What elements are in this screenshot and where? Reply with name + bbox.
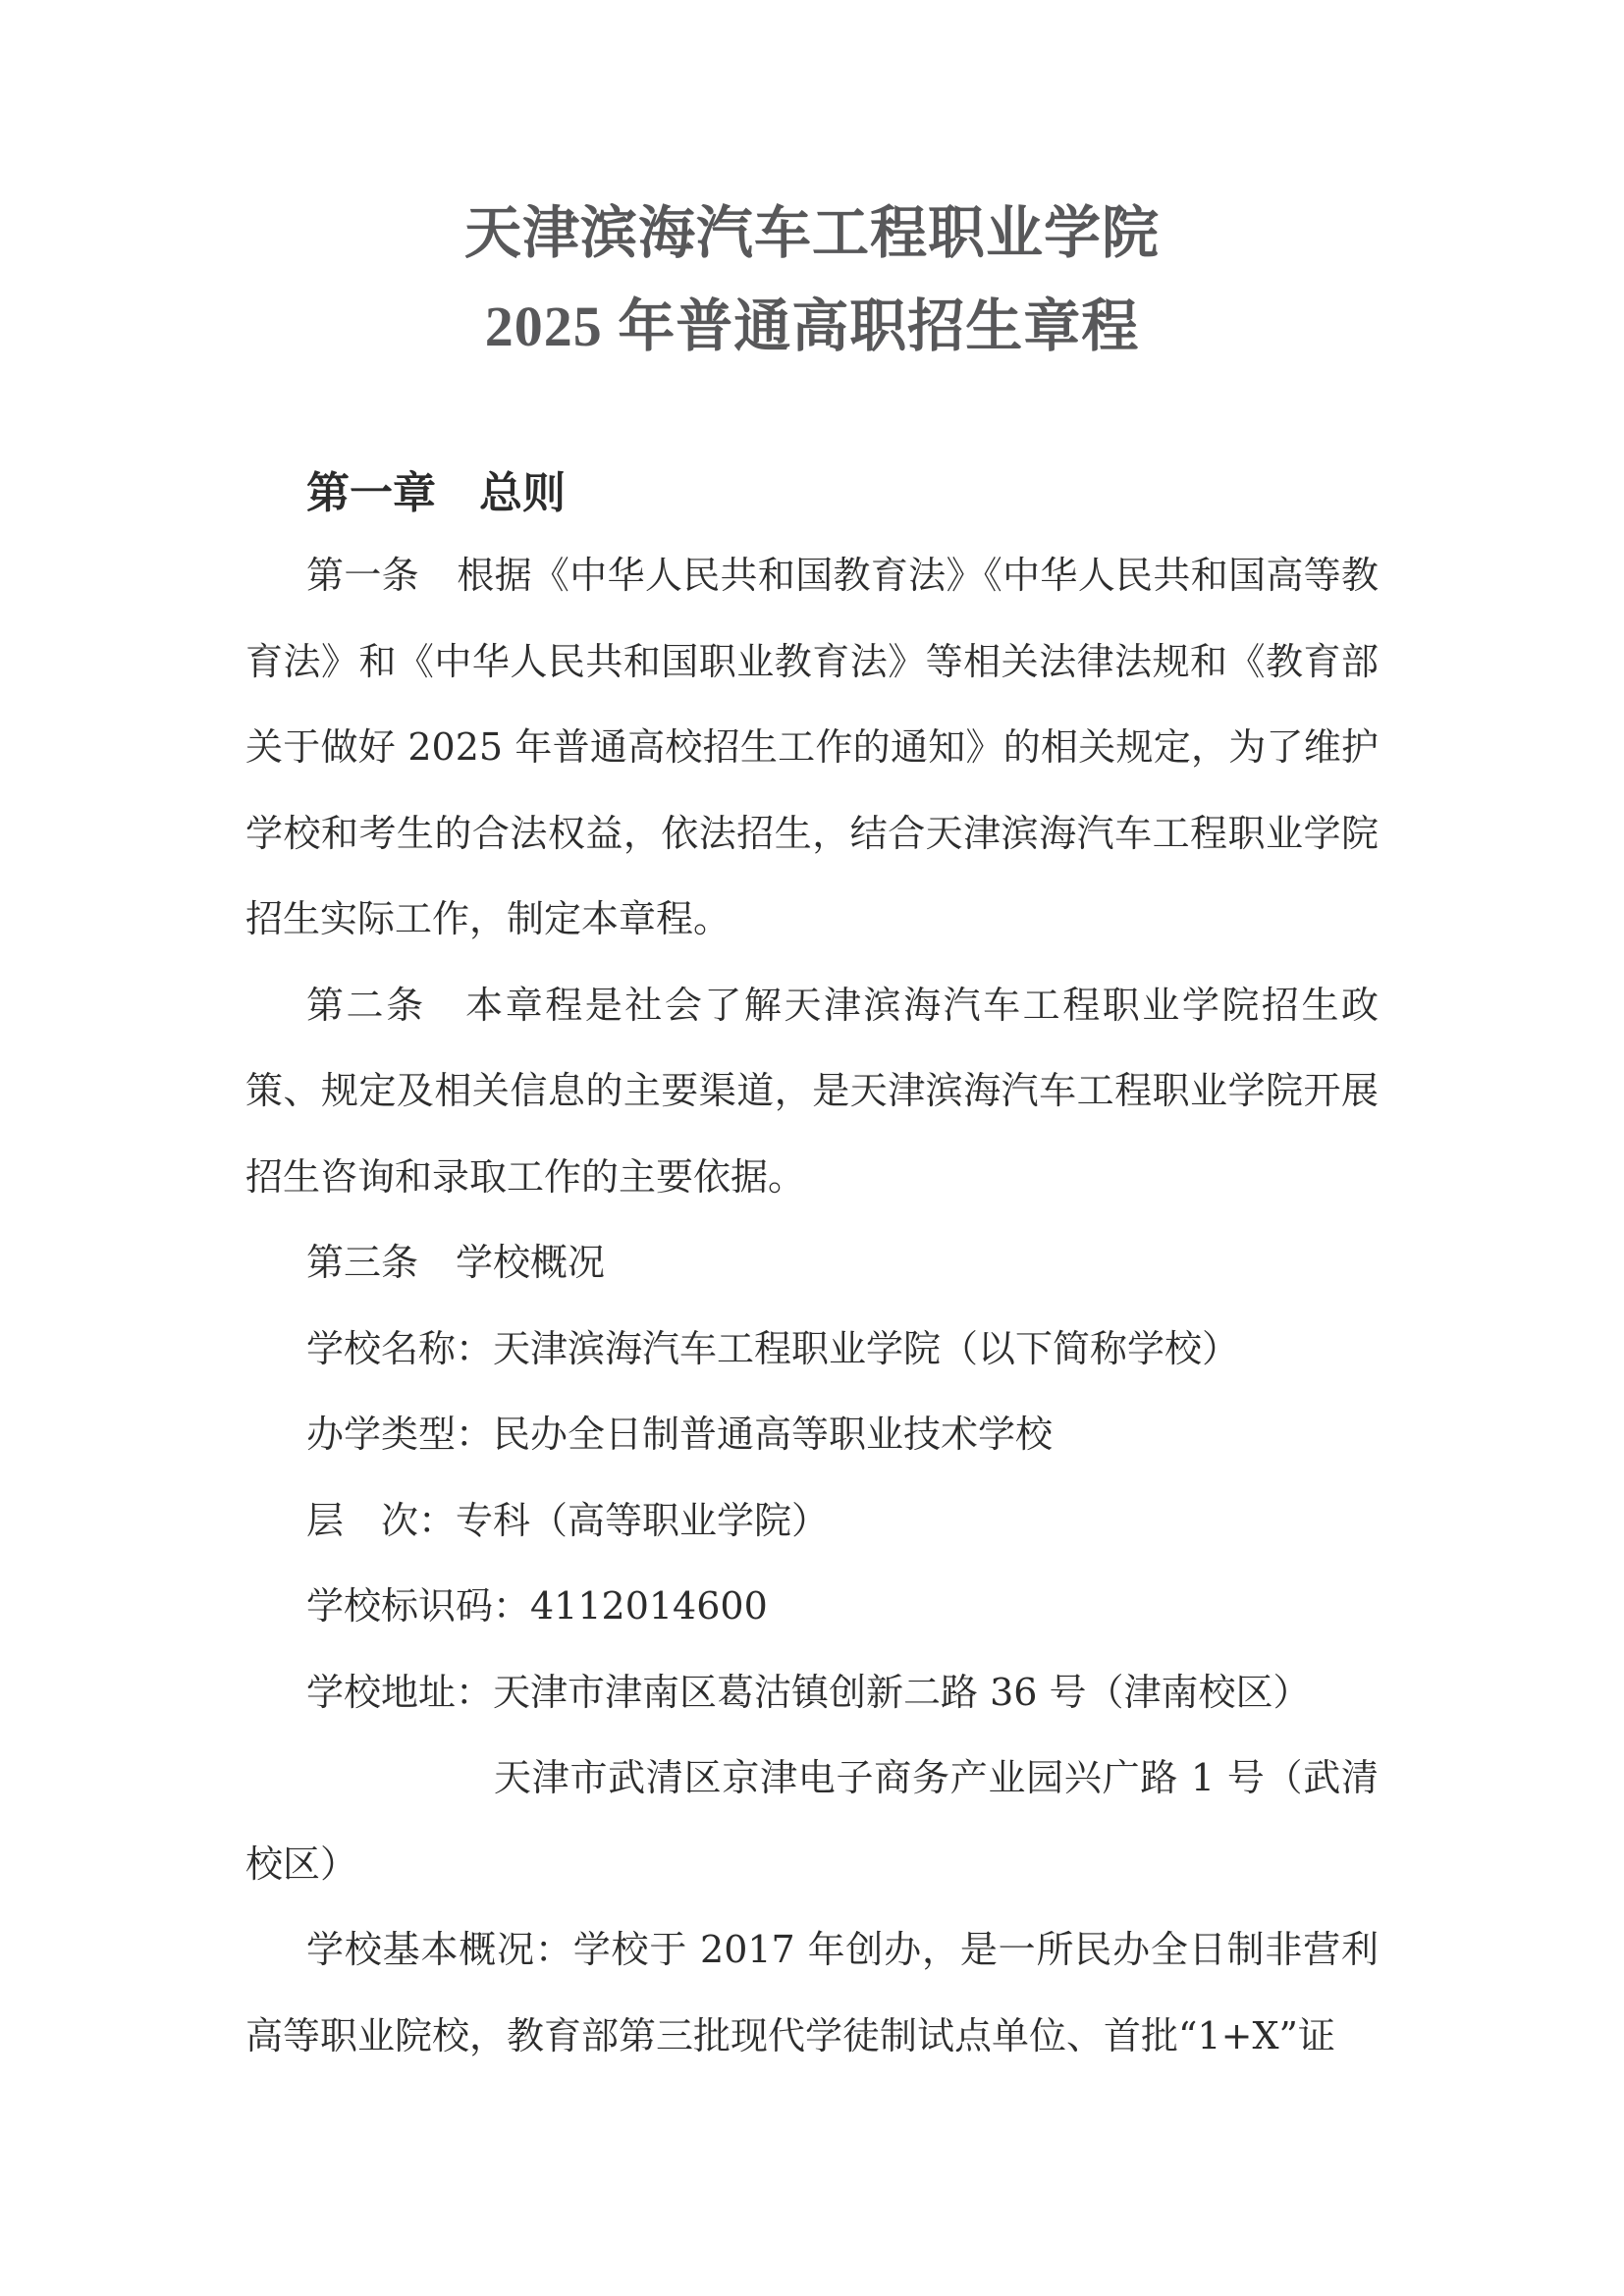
paragraph-school-level: 层 次：专科（高等职业学院） [245, 1478, 1379, 1565]
paragraph-school-code: 学校标识码：4112014600 [245, 1564, 1379, 1650]
chapter-1-heading: 第一章 总则 [245, 464, 1379, 523]
paragraph-school-name: 学校名称：天津滨海汽车工程职业学院（以下简称学校） [245, 1307, 1379, 1393]
paragraph-school-address-wuqing: 天津市武清区京津电子商务产业园兴广路 1 号（武清校区） [245, 1735, 1379, 1907]
paragraph-school-type: 办学类型：民办全日制普通高等职业技术学校 [245, 1392, 1379, 1478]
document-page: 天津滨海汽车工程职业学院 2025 年普通高职招生章程 第一章 总则 第一条 根… [0, 0, 1624, 2296]
paragraph-article-3: 第三条 学校概况 [245, 1220, 1379, 1307]
document-title: 天津滨海汽车工程职业学院 2025 年普通高职招生章程 [245, 187, 1379, 373]
paragraph-school-address-jinnan: 学校地址：天津市津南区葛沽镇创新二路 36 号（津南校区） [245, 1650, 1379, 1736]
title-line-2: 2025 年普通高职招生章程 [245, 280, 1379, 373]
title-line-1: 天津滨海汽车工程职业学院 [245, 187, 1379, 280]
paragraph-article-2: 第二条 本章程是社会了解天津滨海汽车工程职业学院招生政策、规定及相关信息的主要渠… [245, 963, 1379, 1221]
paragraph-school-overview: 学校基本概况：学校于 2017 年创办，是一所民办全日制非营利高等职业院校，教育… [245, 1907, 1379, 2079]
paragraph-article-1: 第一条 根据《中华人民共和国教育法》《中华人民共和国高等教育法》和《中华人民共和… [245, 533, 1379, 963]
document-body: 第一章 总则 第一条 根据《中华人民共和国教育法》《中华人民共和国高等教育法》和… [245, 464, 1379, 2079]
